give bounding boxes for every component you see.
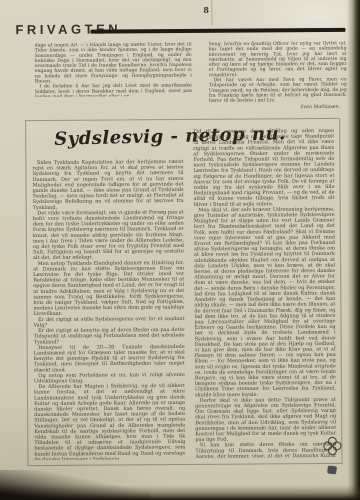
article-paragraph: De Allierede har Magten i Sydslesvig, og… bbox=[34, 383, 186, 460]
article-paragraph: Vi kan kun støtte deres Ønske om nærmere… bbox=[195, 442, 336, 459]
article-paragraph: Det vilde være forstaaeligt, om vi gjord… bbox=[33, 209, 184, 260]
clover-ornament-icon bbox=[322, 436, 342, 456]
intro-paragraph: Det har været Aar med Savn og Farer, men… bbox=[209, 77, 347, 104]
article-paragraph: Men skal vi, der selv kræver Udrensning … bbox=[194, 206, 336, 397]
intro-right-column: Seng, hvorfra en fjendtlig Officer for n… bbox=[209, 41, 347, 112]
article-paragraph: Siden Tysklands Kapitulation har der her… bbox=[32, 159, 183, 210]
article-paragraph: Tid til at overveje deres Stilling og ud… bbox=[193, 128, 335, 207]
page-number: 8 bbox=[203, 5, 209, 15]
article-paragraph: Hensynet til de 20—30 Tusinde dansksinde… bbox=[34, 344, 185, 373]
masthead-rule bbox=[90, 28, 345, 34]
intro-paragraph: dage af nogen Art — i Islands lange og m… bbox=[35, 42, 192, 84]
article-box: Sydslesvig - netop nu. Siden Tysklands K… bbox=[25, 118, 342, 466]
author-signature: Sven Mathiasen. bbox=[209, 104, 347, 110]
intro-paragraph: Seng, hvorfra en fjendtlig Officer for n… bbox=[209, 41, 347, 78]
article-right-column: Tid til at overveje deres Stilling og ud… bbox=[193, 128, 336, 459]
article-left-column: Siden Tysklands Kapitulation har der her… bbox=[32, 159, 185, 460]
paper-crease bbox=[211, 0, 212, 26]
intro-paragraph: I de forløbne 4 Aar har jeg delt Livet m… bbox=[35, 83, 192, 97]
article-paragraph: Men netop Tysklands Elendighed danner en… bbox=[33, 260, 184, 317]
intro-left-column: dage af nogen Art — i Islands lange og m… bbox=[35, 42, 192, 97]
article-paragraph: Derfor skal vi ikke paa dette Tidspunkt … bbox=[195, 397, 336, 443]
scanned-page: 8 FRIVAGTEN dage af nogen Art — i Island… bbox=[0, 0, 360, 500]
ink-blot bbox=[327, 465, 337, 474]
article-paragraph: Er det rigtigt at benytte sig af deres Ø… bbox=[34, 327, 185, 345]
